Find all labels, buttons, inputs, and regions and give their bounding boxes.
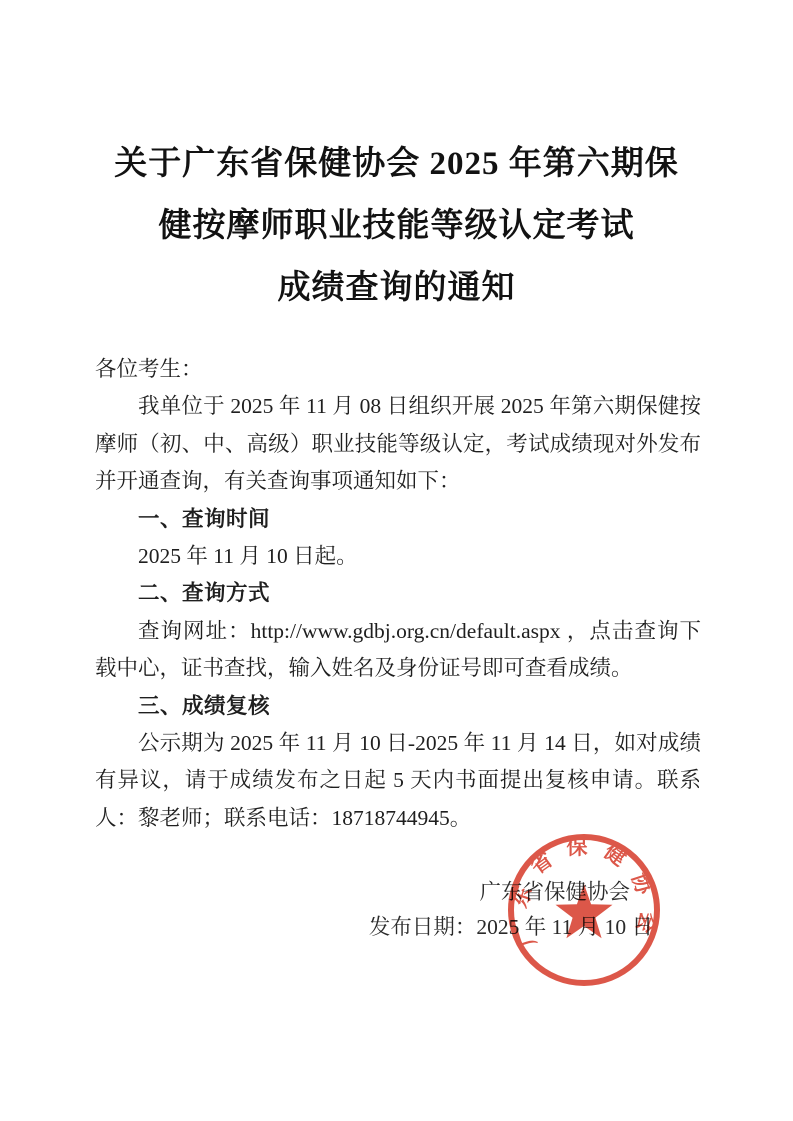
section-1-content: 2025 年 11 月 10 日起。 [95,538,701,575]
section-1-heading: 一、查询时间 [95,501,701,538]
salutation: 各位考生： [95,351,701,388]
document-body: 各位考生： 我单位于 2025 年 11 月 08 日组织开展 2025 年第六… [95,351,701,837]
title-line-3: 成绩查询的通知 [60,257,733,319]
section-3-heading: 三、成绩复核 [95,688,701,725]
official-seal-stamp: 广东省保健协会 [504,830,664,990]
section-2-heading: 二、查询方式 [95,575,701,612]
signature-date-line: 发布日期：2025 年 11 月 10 日 [0,915,653,939]
intro-paragraph: 我单位于 2025 年 11 月 08 日组织开展 2025 年第六期保健按摩师… [95,388,701,500]
seal-ring-icon [511,837,657,983]
title-line-1: 关于广东省保健协会 2025 年第六期保 [60,133,733,195]
section-3-content: 公示期为 2025 年 11 月 10 日-2025 年 11 月 14 日，如… [95,725,701,837]
section-2-content: 查询网址：http://www.gdbj.org.cn/default.aspx… [95,613,701,688]
title-line-2: 健按摩师职业技能等级认定考试 [60,195,733,257]
document-title: 关于广东省保健协会 2025 年第六期保 健按摩师职业技能等级认定考试 成绩查询… [60,133,733,319]
notice-document-page: 关于广东省保健协会 2025 年第六期保 健按摩师职业技能等级认定考试 成绩查询… [0,0,793,1121]
signature-organization: 广东省保健协会 [0,880,630,904]
